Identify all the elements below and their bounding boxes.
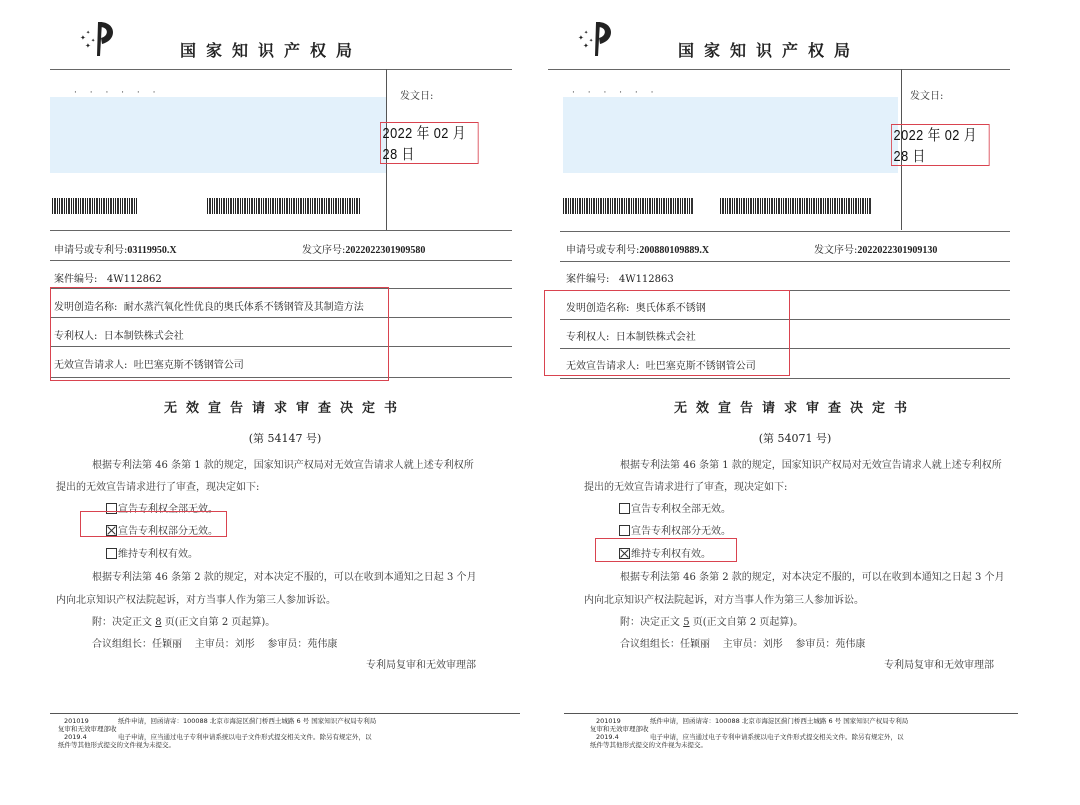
decision-number: (第 54147 号) [50,430,520,446]
footer-code: 201019 [596,717,650,725]
office-name: 国家知识产权局 [180,38,362,61]
checkbox-icon [106,548,117,559]
header-divider [50,69,512,70]
header-divider [548,69,1010,70]
barcode [207,198,360,214]
panel-members: 合议组组长：任颖丽 主审员：刘彤 参审员：苑伟康 [92,635,337,650]
footer-text: 纸件等其他形式提交的文件视为未提交。 [590,741,908,749]
decision-document-right: ✦ ✦ ✦ ✦ 国家知识产权局 · · · · · · 发文日: 2022 年 … [548,0,1018,805]
paragraph-2-line-1: 根据专利法第 46 条第 2 款的规定，对本决定不服的，可以在收到本通知之日起 … [92,568,477,583]
checkbox-icon [619,503,630,514]
redacted-address-block [50,97,386,173]
application-number: 200880109889.X [639,245,709,256]
case-number-row: 案件编号: 4W112862 [54,270,162,285]
paragraph-2-line-2: 内向北京知识产权法院起诉，对方当事人作为第三人参加诉讼。 [584,591,864,606]
attachment-note: 附：决定正文 8 页(正文自第 2 页起算)。 [92,613,275,628]
footer-text: 纸件等其他形式提交的文件视为未提交。 [58,741,376,749]
serial-number-row: 发文序号:2022022301909580 [302,241,425,256]
attachment-suffix: 页(正文自第 2 页起算)。 [162,617,276,628]
svg-text:✦: ✦ [91,38,95,44]
attachment-suffix: 页(正文自第 2 页起算)。 [690,617,804,628]
cnipa-logo-icon: ✦ ✦ ✦ ✦ [574,18,618,58]
highlight-box-parties [544,290,790,376]
issue-date-label: 发文日: [400,87,433,102]
serial-label: 发文序号: [814,245,857,256]
serial-number: 2022022301909580 [345,245,425,256]
paragraph-1-line-1: 根据专利法第 46 条第 1 款的规定，国家知识产权局对无效宣告请求人就上述专利… [620,456,1002,471]
svg-text:✦: ✦ [584,30,588,36]
svg-text:✦: ✦ [589,38,593,44]
decision-title: 无效宣告请求审查决定书 [50,397,520,416]
case-number: 4W112863 [619,274,674,285]
footer-notes: 201019纸件申请，回函请寄：100088 北京市海淀区蓟门桥西土城路 6 号… [64,717,376,749]
option-label: 宣告专利权部分无效。 [631,526,731,537]
option-label: 宣告专利权全部无效。 [631,504,731,515]
attachment-prefix: 附：决定正文 [92,617,155,628]
decision-document-left: ✦ ✦ ✦ ✦ 国家知识产权局 · · · · · · 发文日: 2022 年 … [50,0,520,805]
application-number-row: 申请号或专利号:200880109889.X [566,241,709,256]
paragraph-2-line-2: 内向北京知识产权法院起诉，对方当事人作为第三人参加诉讼。 [56,591,336,606]
highlight-box-decision [80,511,227,537]
divider [560,261,1010,262]
highlight-box-decision [595,538,737,562]
paragraph-1-line-2: 提出的无效宣告请求进行了审查，现决定如下: [584,478,787,493]
office-name: 国家知识产权局 [678,38,860,61]
paragraph-1-line-2: 提出的无效宣告请求进行了审查，现决定如下: [56,478,259,493]
footer-divider [50,713,520,714]
cnipa-logo-icon: ✦ ✦ ✦ ✦ [76,18,120,58]
checkbox-icon [619,525,630,536]
barcode [52,198,138,214]
footer-text: 纸件申请，回函请寄：100088 北京市海淀区蓟门桥西土城路 6 号 国家知识产… [650,717,908,725]
application-number-row: 申请号或专利号:03119950.X [54,241,177,256]
option-label: 维持专利权有效。 [118,549,198,560]
application-label: 申请号或专利号: [566,245,639,256]
option-invalidate-partial: 宣告专利权部分无效。 [619,522,731,537]
department: 专利局复审和无效审理部 [884,656,994,671]
divider [50,230,512,231]
footer-text: 复审和无效审理部收 [58,725,376,733]
case-label: 案件编号: [566,274,609,285]
paragraph-1-line-1: 根据专利法第 46 条第 1 款的规定，国家知识产权局对无效宣告请求人就上述专利… [92,456,474,471]
application-label: 申请号或专利号: [54,245,127,256]
decision-number: (第 54071 号) [560,430,1030,446]
highlight-box-parties [50,287,389,381]
serial-label: 发文序号: [302,245,345,256]
option-invalidate-all: 宣告专利权全部无效。 [619,500,731,515]
svg-text:✦: ✦ [86,30,90,36]
panel-members: 合议组组长：任颖丽 主审员：刘彤 参审员：苑伟康 [620,635,865,650]
serial-number-row: 发文序号:2022022301909130 [814,241,937,256]
case-label: 案件编号: [54,274,97,285]
divider [50,260,512,261]
paragraph-2-line-1: 根据专利法第 46 条第 2 款的规定，对本决定不服的，可以在收到本通知之日起 … [620,568,1005,583]
issue-date: 2022 年 02 月 28 日 [891,124,990,166]
barcode [563,198,693,214]
footer-code: 2019.4 [64,733,118,741]
attachment-note: 附：决定正文 5 页(正文自第 2 页起算)。 [620,613,803,628]
footer-text: 电子申请，应当通过电子专利申请系统以电子文件形式提交相关文件。除另有规定外，以 [118,733,372,741]
divider [560,378,1010,379]
barcode [720,198,872,214]
case-number-row: 案件编号: 4W112863 [566,270,674,285]
department: 专利局复审和无效审理部 [366,656,476,671]
divider [560,231,1010,232]
footer-text: 纸件申请，回函请寄：100088 北京市海淀区蓟门桥西土城路 6 号 国家知识产… [118,717,376,725]
case-number: 4W112862 [107,274,162,285]
footer-notes: 201019纸件申请，回函请寄：100088 北京市海淀区蓟门桥西土城路 6 号… [596,717,908,749]
footer-code: 201019 [64,717,118,725]
application-number: 03119950.X [127,245,176,256]
serial-number: 2022022301909130 [857,245,937,256]
issue-date-label: 发文日: [910,87,943,102]
footer-text: 复审和无效审理部收 [590,725,908,733]
footer-text: 电子申请，应当通过电子专利申请系统以电子文件形式提交相关文件。除另有规定外，以 [650,733,904,741]
footer-code: 2019.4 [596,733,650,741]
footer-divider [564,713,1018,714]
issue-date: 2022 年 02 月 28 日 [380,122,479,164]
option-maintain-valid: 维持专利权有效。 [106,545,198,560]
attachment-prefix: 附：决定正文 [620,617,683,628]
decision-title: 无效宣告请求审查决定书 [560,397,1030,416]
redacted-address-block [563,97,898,173]
